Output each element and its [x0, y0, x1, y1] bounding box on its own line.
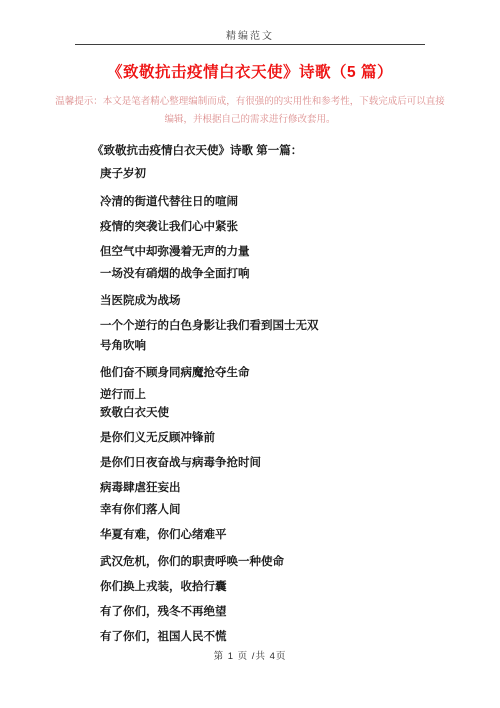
poem-line: 致敬白衣天使 — [100, 407, 500, 419]
poem-line: 是你们日夜奋战与病毒争抢时间 — [100, 457, 500, 469]
poem-line: 幸有你们落人间 — [100, 504, 500, 516]
warm-tip: 温馨提示：本文是笔者精心整理编制而成，有很强的的实用性和参考性，下载完成后可以直… — [0, 93, 500, 129]
document-title: 《致敬抗击疫情白衣天使》诗歌（5 篇） — [0, 60, 500, 82]
poem-line: 一场没有硝烟的战争全面打响 — [100, 268, 500, 280]
poem-line: 是你们义无反顾冲锋前 — [100, 432, 500, 444]
document-page: 精编范文 《致敬抗击疫情白衣天使》诗歌（5 篇） 温馨提示：本文是笔者精心整理编… — [0, 0, 500, 708]
poem-line: 一个个逆行的白色身影让我们看到国士无双 — [100, 320, 500, 332]
poem-line: 号角吹响 — [100, 340, 500, 352]
poem-line: 你们换上戎装，收拾行囊 — [100, 581, 500, 593]
tip-line-2: 编辑，并根据自己的需求进行修改套用。 — [0, 111, 500, 129]
poem-line: 华夏有难，你们心绪难平 — [100, 529, 500, 541]
poem-line: 逆行而上 — [100, 389, 500, 401]
page-number: 第 1 页 /共 4页 — [214, 651, 287, 662]
poem-line: 当医院成为战场 — [100, 295, 500, 307]
poem-line: 有了你们，祖国人民不慌 — [100, 631, 500, 643]
page-header-text: 精编范文 — [226, 31, 274, 42]
poem-body: 庚子岁初 冷清的街道代替往日的喧闹 疫情的突袭让我们心中紧张 但空气中却弥漫着无… — [0, 168, 500, 643]
poem-line: 武汉危机，你们的职责呼唤一种使命 — [100, 556, 500, 568]
poem-line: 病毒肆虐狂妄出 — [100, 482, 500, 494]
poem-line: 有了你们，残冬不再绝望 — [100, 606, 500, 618]
poem-line: 他们奋不顾身同病魔抢夺生命 — [100, 367, 500, 379]
tip-line-1: 温馨提示：本文是笔者精心整理编制而成，有很强的的实用性和参考性，下载完成后可以直… — [0, 93, 500, 111]
poem-line: 但空气中却弥漫着无声的力量 — [100, 246, 500, 258]
page-header: 精编范文 — [75, 27, 425, 45]
document-content: 《致敬抗击疫情白衣天使》诗歌（5 篇） 温馨提示：本文是笔者精心整理编制而成，有… — [0, 0, 500, 643]
section-heading: 《致敬抗击疫情白衣天使》诗歌 第一篇： — [92, 142, 500, 158]
poem-line: 冷清的街道代替往日的喧闹 — [100, 196, 500, 208]
poem-line: 庚子岁初 — [100, 168, 500, 180]
page-footer: 第 1 页 /共 4页 — [0, 648, 500, 662]
poem-line: 疫情的突袭让我们心中紧张 — [100, 221, 500, 233]
